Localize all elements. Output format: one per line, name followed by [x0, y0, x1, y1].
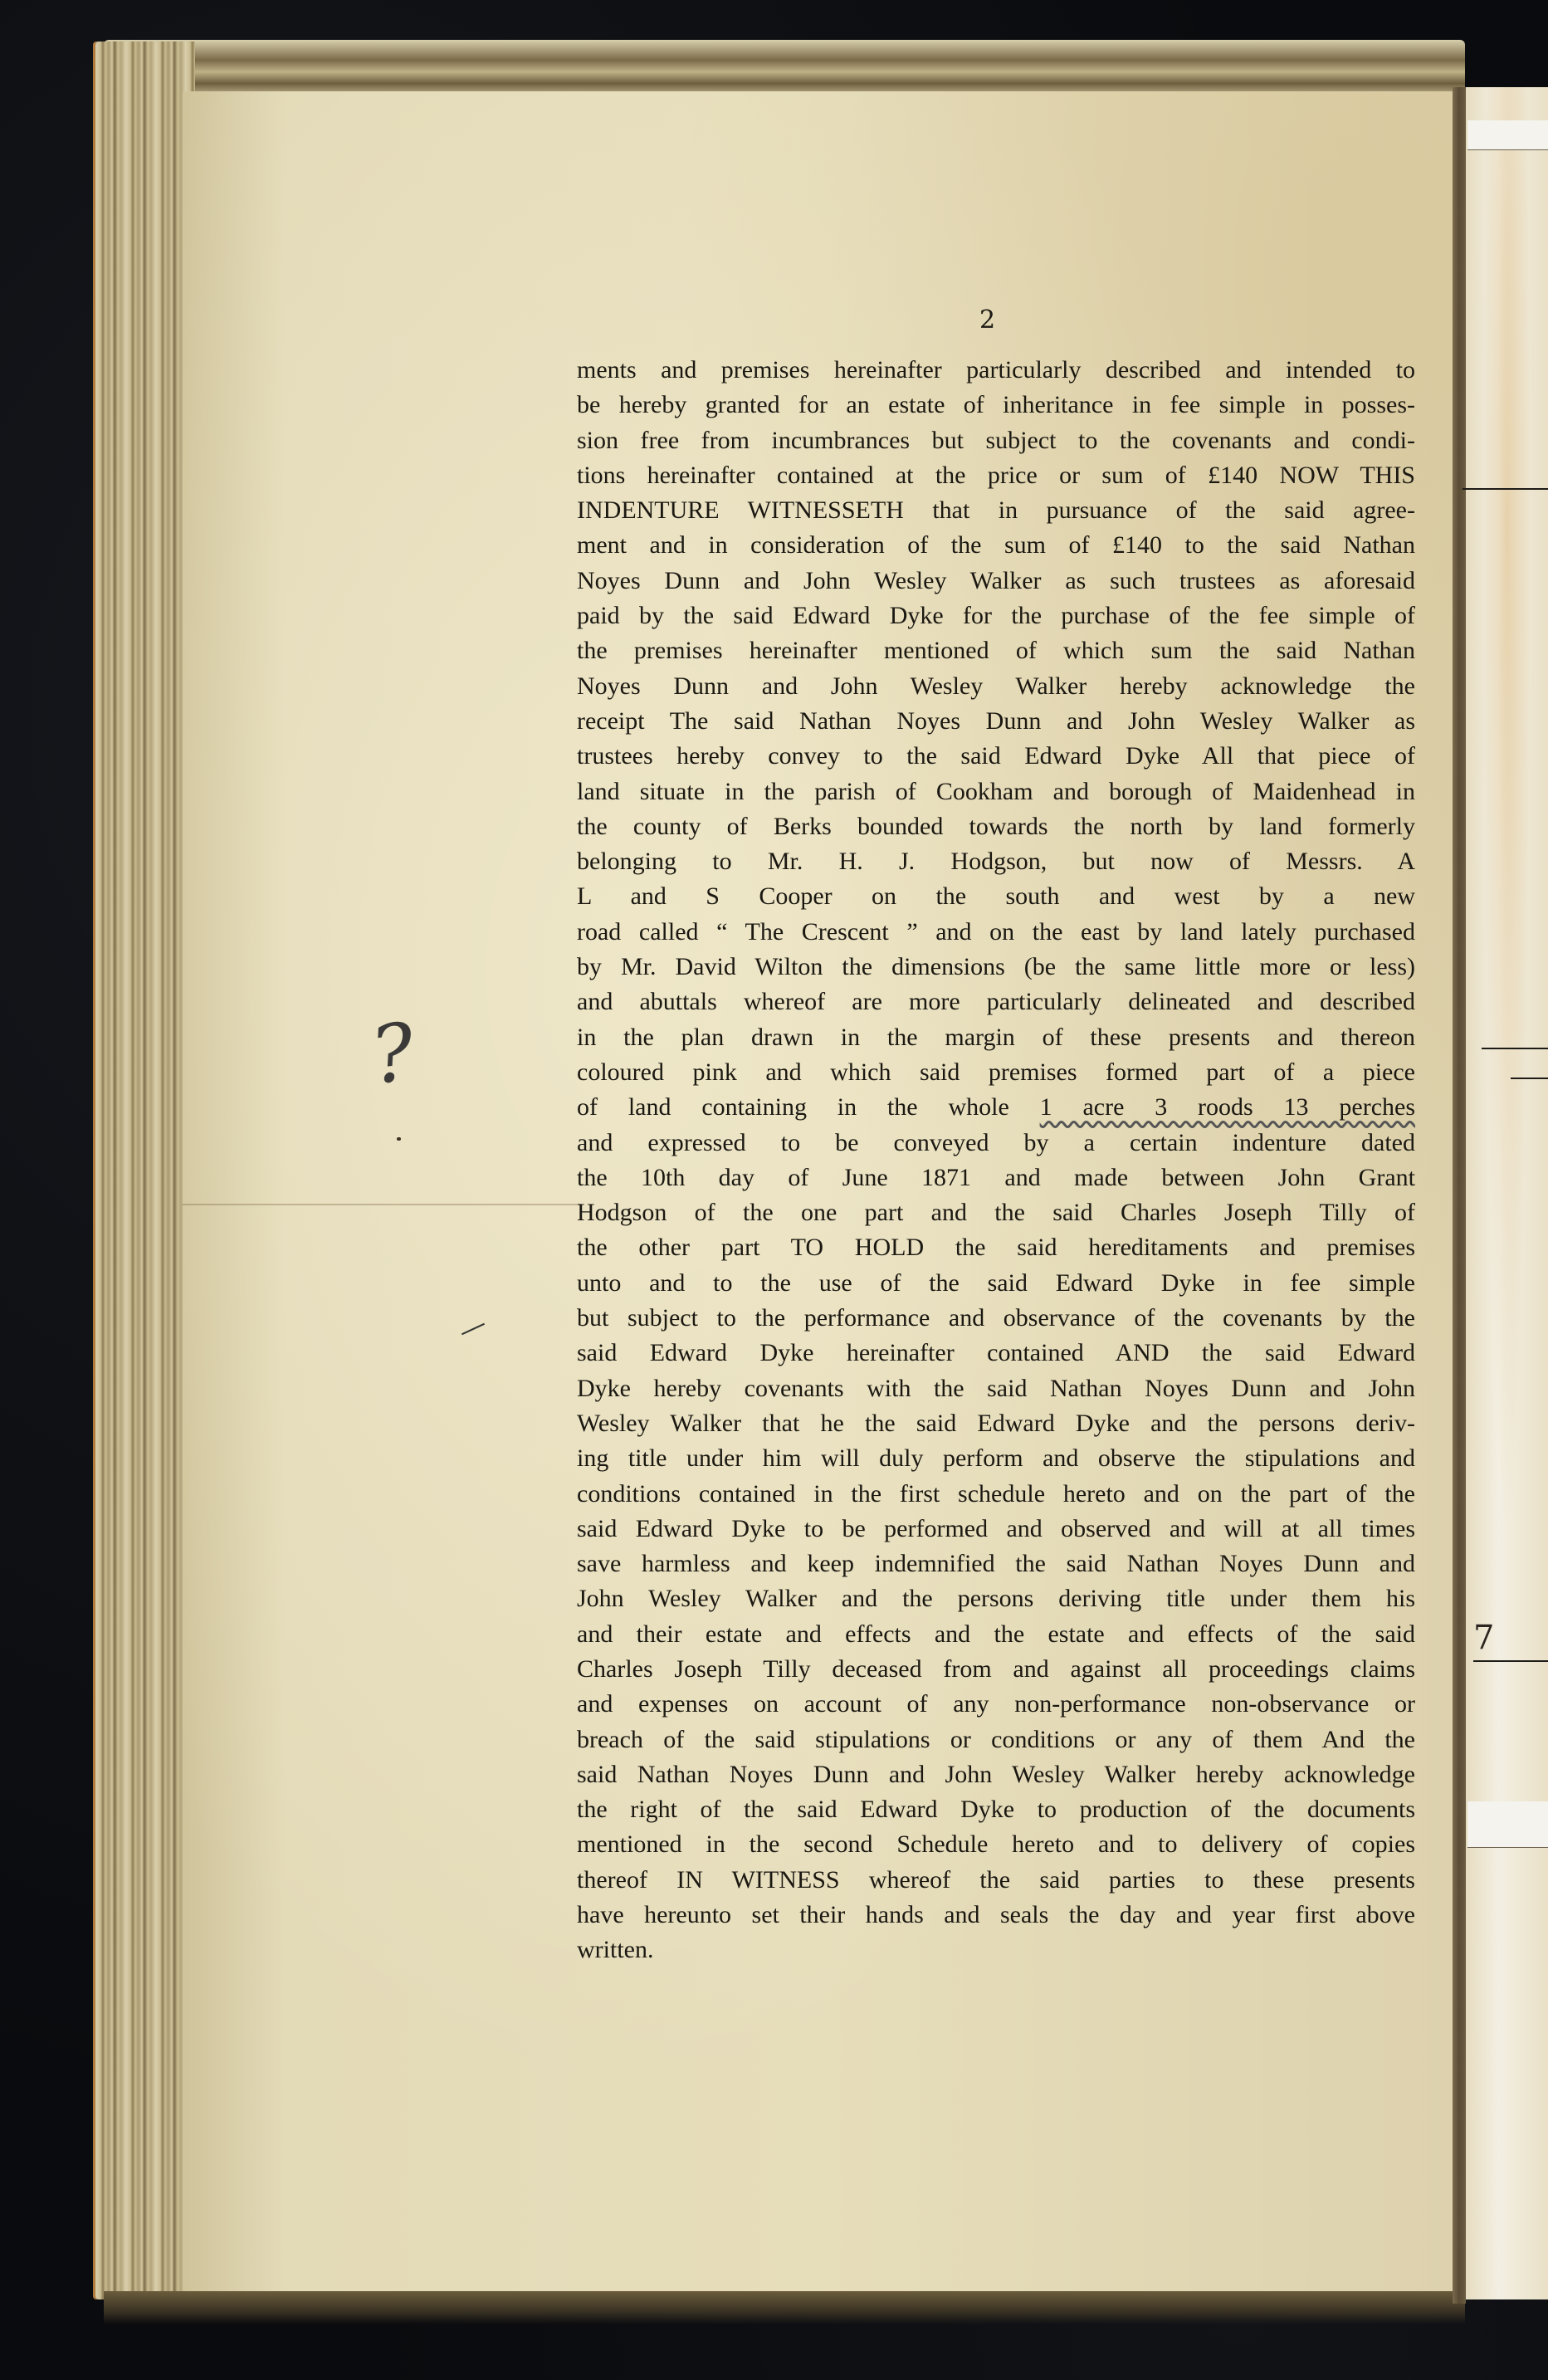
text-line: written. — [577, 1933, 1415, 1967]
text-line: and expressed to be conveyed by a certai… — [577, 1126, 1415, 1161]
text-line: ments and premises hereinafter particula… — [577, 353, 1415, 388]
text-line: be hereby granted for an estate of inher… — [577, 388, 1415, 423]
text-line: by Mr. David Wilton the dimensions (be t… — [577, 950, 1415, 985]
page-stack-top-edge — [104, 40, 1465, 98]
text-line: tions hereinafter contained at the price… — [577, 458, 1415, 493]
text-line: Dyke hereby covenants with the said Nath… — [577, 1371, 1415, 1406]
text-line: ing title under him will duly perform an… — [577, 1441, 1415, 1476]
text-line: Wesley Walker that he the said Edward Dy… — [577, 1406, 1415, 1441]
text-line: land situate in the parish of Cookham an… — [577, 775, 1415, 809]
text-line: belonging to Mr. H. J. Hodgson, but now … — [577, 844, 1415, 879]
text-line: trustees hereby convey to the said Edwar… — [577, 739, 1415, 774]
text-line: the premises hereinafter mentioned of wh… — [577, 633, 1415, 668]
facing-page-rule — [1511, 1078, 1548, 1079]
facing-page-rule — [1473, 1660, 1548, 1662]
text-line: the other part TO HOLD the said heredita… — [577, 1230, 1415, 1265]
page-number: 2 — [979, 305, 995, 335]
text-line: INDENTURE WITNESSETH that in pursuance o… — [577, 493, 1415, 528]
facing-page-paper-strip-top — [1467, 120, 1548, 150]
text-line: John Wesley Walker and the persons deriv… — [577, 1581, 1415, 1616]
text-line: the 10th day of June 1871 and made betwe… — [577, 1161, 1415, 1195]
text-line: thereof IN WITNESS whereof the said part… — [577, 1863, 1415, 1898]
text-line: L and S Cooper on the south and west by … — [577, 879, 1415, 914]
text-line: in the plan drawn in the margin of these… — [577, 1020, 1415, 1055]
facing-page-rule — [1463, 488, 1548, 490]
text-line: sion free from incumbrances but subject … — [577, 423, 1415, 458]
underlined-land-area: 1 acre 3 roods 13 perches — [1040, 1093, 1415, 1121]
page-stack-left-edge — [95, 42, 195, 2299]
text-line: and expenses on account of any non-perfo… — [577, 1687, 1415, 1722]
facing-page-rule — [1482, 1048, 1548, 1049]
text-line: road called “ The Crescent ” and on the … — [577, 915, 1415, 950]
text-line: conditions contained in the first schedu… — [577, 1477, 1415, 1512]
text-line: ment and in consideration of the sum of … — [577, 528, 1415, 563]
ink-speck — [397, 1137, 401, 1141]
book-gutter — [1453, 87, 1466, 2304]
text-line: receipt The said Nathan Noyes Dunn and J… — [577, 704, 1415, 739]
text-line: of land containing in the whole 1 acre 3… — [577, 1090, 1415, 1125]
text-line: said Edward Dyke to be performed and obs… — [577, 1512, 1415, 1547]
text-line: breach of the said stipulations or condi… — [577, 1723, 1415, 1757]
facing-page-handwritten-mark: 7 — [1473, 1619, 1494, 1657]
text-line: save harmless and keep indemnified the s… — [577, 1547, 1415, 1581]
text-line: coloured pink and which said premises fo… — [577, 1055, 1415, 1090]
deed-body-text: ments and premises hereinafter particula… — [577, 353, 1415, 1968]
text-line: Hodgson of the one part and the said Cha… — [577, 1195, 1415, 1230]
facing-page-edge — [1466, 87, 1548, 2299]
text-line: Noyes Dunn and John Wesley Walker as suc… — [577, 564, 1415, 599]
text-line: have hereunto set their hands and seals … — [577, 1898, 1415, 1933]
text-line: mentioned in the second Schedule hereto … — [577, 1827, 1415, 1862]
text-line: said Edward Dyke hereinafter contained A… — [577, 1336, 1415, 1371]
text-line: but subject to the performance and obser… — [577, 1301, 1415, 1336]
text-line: and their estate and effects and the est… — [577, 1617, 1415, 1652]
facing-page-paper-strip-bottom — [1467, 1801, 1548, 1848]
text-line: Charles Joseph Tilly deceased from and a… — [577, 1652, 1415, 1687]
text-line: the right of the said Edward Dyke to pro… — [577, 1792, 1415, 1827]
text-line: Noyes Dunn and John Wesley Walker hereby… — [577, 669, 1415, 704]
text-line: said Nathan Noyes Dunn and John Wesley W… — [577, 1757, 1415, 1792]
text-line: the county of Berks bounded towards the … — [577, 809, 1415, 844]
text-line: unto and to the use of the said Edward D… — [577, 1266, 1415, 1301]
page-stack-bottom-edge — [104, 2291, 1465, 2324]
page-fold-line — [183, 1204, 581, 1205]
text-line: paid by the said Edward Dyke for the pur… — [577, 599, 1415, 633]
text-line: and abuttals whereof are more particular… — [577, 985, 1415, 1019]
